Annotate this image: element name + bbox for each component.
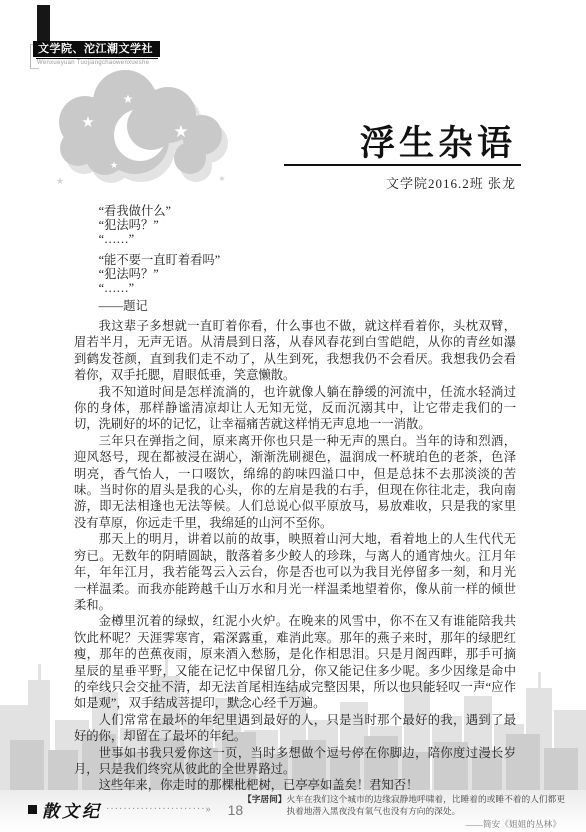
footer-section: 散文纪 ·······················» 18: [28, 797, 243, 822]
society-label: 文学院、沱江潮文学社: [38, 43, 153, 55]
article-title: 浮生杂语: [360, 116, 516, 166]
epigraph-group: “看我做什么” “犯法吗？” “……”: [99, 204, 516, 246]
paragraph: 世事如书我只爱你这一页，当时多想做个逗号停在你脚边，陪你度过漫长岁月，只是我们终…: [74, 745, 516, 778]
star-icon: ★: [110, 161, 118, 171]
epigraph-line: “犯法吗？”: [99, 267, 516, 281]
epigraph: “看我做什么” “犯法吗？” “……” “能不要一直盯着看吗” “犯法吗？” “…: [74, 204, 516, 313]
star-icon: ★: [197, 107, 205, 117]
paragraph: 我不知道时间是怎样流淌的，也许就像人躺在静缓的河流中，任流水轻淌过你的身体，那样…: [74, 384, 516, 433]
paragraph: 金樽里沉着的绿蚁，红泥小火炉。在晚来的风雪中，你不在又有谁能陪我共饮此杯呢？天涯…: [74, 613, 516, 711]
section-label: 散文纪: [42, 797, 102, 822]
article-byline: 文学院2016.2班 张龙: [386, 173, 516, 192]
star-icon: ★: [218, 174, 225, 183]
society-label-underline: [36, 58, 158, 59]
magazine-page: 文学院、沱江潮文学社 Wenxueyuan Tuojiangchaowenxue…: [0, 0, 586, 832]
star-icon: ★: [123, 92, 134, 106]
epigraph-line: “看我做什么”: [99, 204, 516, 218]
column-note-tag: 【字居间】: [243, 794, 286, 817]
bookmark-ribbon-icon: [37, 5, 50, 43]
cloud-moon-stars-graphic: ★ ★ ★ ★ ★ ★ ★: [40, 60, 238, 188]
dotted-leader-arrow-icon: ·······················»: [106, 804, 212, 815]
epigraph-attribution: ——题记: [99, 299, 516, 313]
paragraph: 那天上的明月，讲着以前的故事，映照着山河大地，看着地上的人生代代无穷已。无数年的…: [74, 531, 516, 613]
paragraph: 我这辈子多想就一直盯着你看，什么事也不做，就这样看着你，头枕双臂，眉若半月，无声…: [74, 318, 516, 384]
column-note-text: 火车在我们这个城市的边缘寂静地呼啸着，比睡着的或睡不着的人们都更执着地潜入黑夜没…: [286, 794, 565, 817]
page-number: 18: [228, 802, 244, 818]
paragraph: 这些年来，你走时的那棵枇杷树，已亭亭如盖矣！君知否！: [74, 777, 516, 793]
star-icon: ★: [173, 122, 188, 142]
column-note: 【字居间】 火车在我们这个城市的边缘寂静地呼啸着，比睡着的或睡不着的人们都更执着…: [243, 794, 565, 831]
epigraph-line: “犯法吗？”: [99, 218, 516, 232]
column-note-attribution: ——简安《姐姐的丛林》: [243, 819, 565, 831]
epigraph-line: “……”: [99, 281, 516, 295]
epigraph-line: “……”: [99, 232, 516, 246]
title-rule: [284, 164, 521, 166]
star-icon: ★: [81, 113, 94, 131]
star-icon: ★: [56, 177, 64, 187]
paragraph: 三年只在弹指之间，原来离开你也只是一种无声的黑白。当年的诗和烈酒，迎风怒号，现在…: [74, 433, 516, 531]
article-body: “看我做什么” “犯法吗？” “……” “能不要一直盯着看吗” “犯法吗？” “…: [74, 204, 516, 794]
epigraph-group: “能不要一直盯着看吗” “犯法吗？” “……”: [99, 253, 516, 295]
paragraph: 人们常常在最坏的年纪里遇到最好的人，只是当时那个最好的我，遇到了最好的你，却留在…: [74, 712, 516, 745]
society-label-bar: 文学院、沱江潮文学社: [33, 41, 160, 57]
epigraph-line: “能不要一直盯着看吗”: [99, 253, 516, 267]
section-marker-icon: [28, 805, 37, 814]
